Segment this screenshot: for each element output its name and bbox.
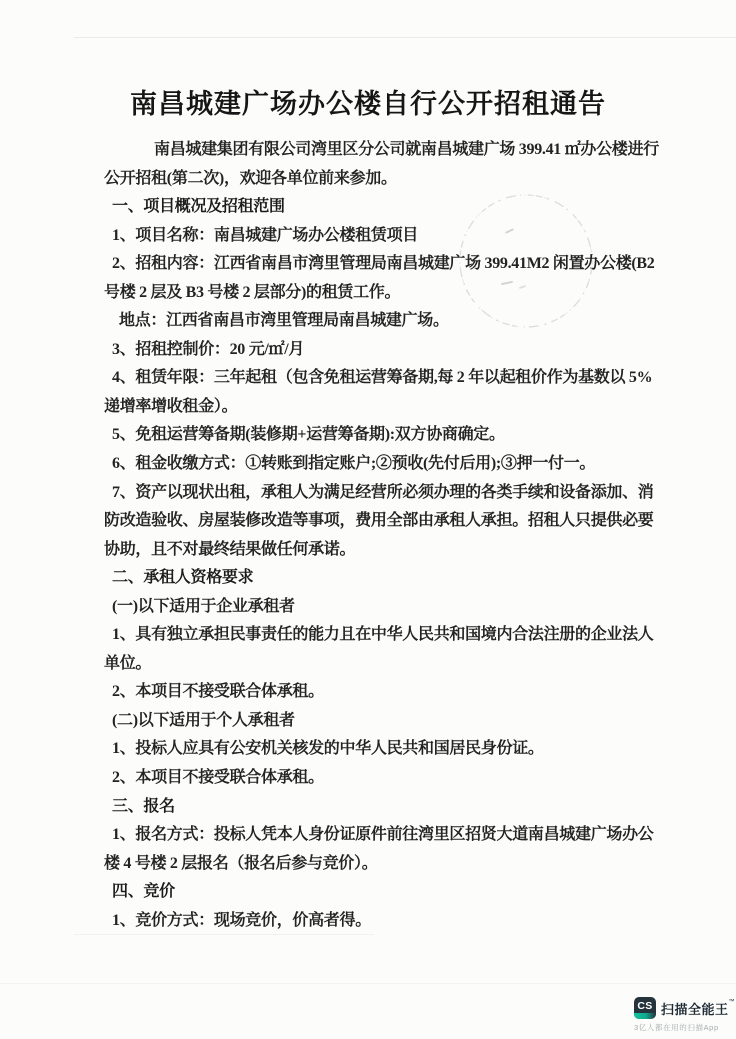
doc-line: 防改造验收、房屋装修改造等事项，费用全部由承租人承担。招租人只提供必要 xyxy=(104,507,644,536)
doc-line: 三、报名 xyxy=(104,793,644,822)
camscanner-watermark: CS 扫描全能王™ 3亿人都在用的扫描App xyxy=(634,997,730,1033)
doc-line: 1、竞价方式：现场竞价，价高者得。 xyxy=(104,907,644,936)
doc-line: 公开招租(第二次)，欢迎各单位前来参加。 xyxy=(104,165,644,194)
trademark-symbol: ™ xyxy=(729,999,736,1005)
doc-line: 楼 4 号楼 2 层报名（报名后参与竞价）。 xyxy=(104,850,644,879)
cs-icon-green-accent xyxy=(634,1013,656,1019)
doc-line: (一)以下适用于企业承租者 xyxy=(104,593,644,622)
cs-icon-letters: CS xyxy=(634,998,656,1014)
doc-line: 3、招租控制价：20 元/㎡/月 xyxy=(104,336,644,365)
doc-line: 二、承租人资格要求 xyxy=(104,564,644,593)
scan-artifact-line xyxy=(74,37,736,38)
brand-label: 扫描全能王 xyxy=(661,1002,729,1017)
scanned-document-page: 南昌城建广场办公楼自行公开招租通告 南昌城建集团有限公司湾里区分公司就南昌城建广… xyxy=(0,0,736,1039)
seal-circle-icon xyxy=(457,194,597,334)
camscanner-app-icon: CS xyxy=(634,997,656,1019)
doc-line: 7、资产以现状出租，承租人为满足经营所必须办理的各类手续和设备添加、消 xyxy=(104,479,644,508)
doc-line: 2、本项目不接受联合体承租。 xyxy=(104,678,644,707)
doc-line: 单位。 xyxy=(104,650,644,679)
scan-artifact-line xyxy=(0,983,736,984)
doc-line: 南昌城建集团有限公司湾里区分公司就南昌城建广场 399.41 ㎡办公楼进行 xyxy=(104,136,644,165)
doc-line: 1、具有独立承担民事责任的能力且在中华人民共和国境内合法注册的企业法人 xyxy=(104,621,644,650)
camscanner-brand-text: 扫描全能王™ xyxy=(661,999,735,1018)
doc-line: 递增率增收租金）。 xyxy=(104,393,644,422)
doc-line: 1、投标人应具有公安机关核发的中华人民共和国居民身份证。 xyxy=(104,735,644,764)
document-title: 南昌城建广场办公楼自行公开招租通告 xyxy=(0,82,736,121)
doc-line: 协助，且不对最终结果做任何承诺。 xyxy=(104,536,644,565)
doc-line: 2、本项目不接受联合体承租。 xyxy=(104,764,644,793)
doc-line: 1、报名方式：投标人凭本人身份证原件前往湾里区招贤大道南昌城建广场办公 xyxy=(104,821,644,850)
doc-line: 四、竞价 xyxy=(104,878,644,907)
doc-line: 6、租金收缴方式：①转账到指定账户;②预收(先付后用);③押一付一。 xyxy=(104,450,644,479)
doc-line: (二)以下适用于个人承租者 xyxy=(104,707,644,736)
doc-line: 5、免租运营筹备期(装修期+运营筹备期):双方协商确定。 xyxy=(104,421,644,450)
doc-line: 4、租赁年限：三年起租（包含免租运营筹备期,每 2 年以起租价作为基数以 5% xyxy=(104,364,644,393)
camscanner-subtitle: 3亿人都在用的扫描App xyxy=(634,1022,730,1033)
faded-seal-watermark xyxy=(457,194,597,334)
